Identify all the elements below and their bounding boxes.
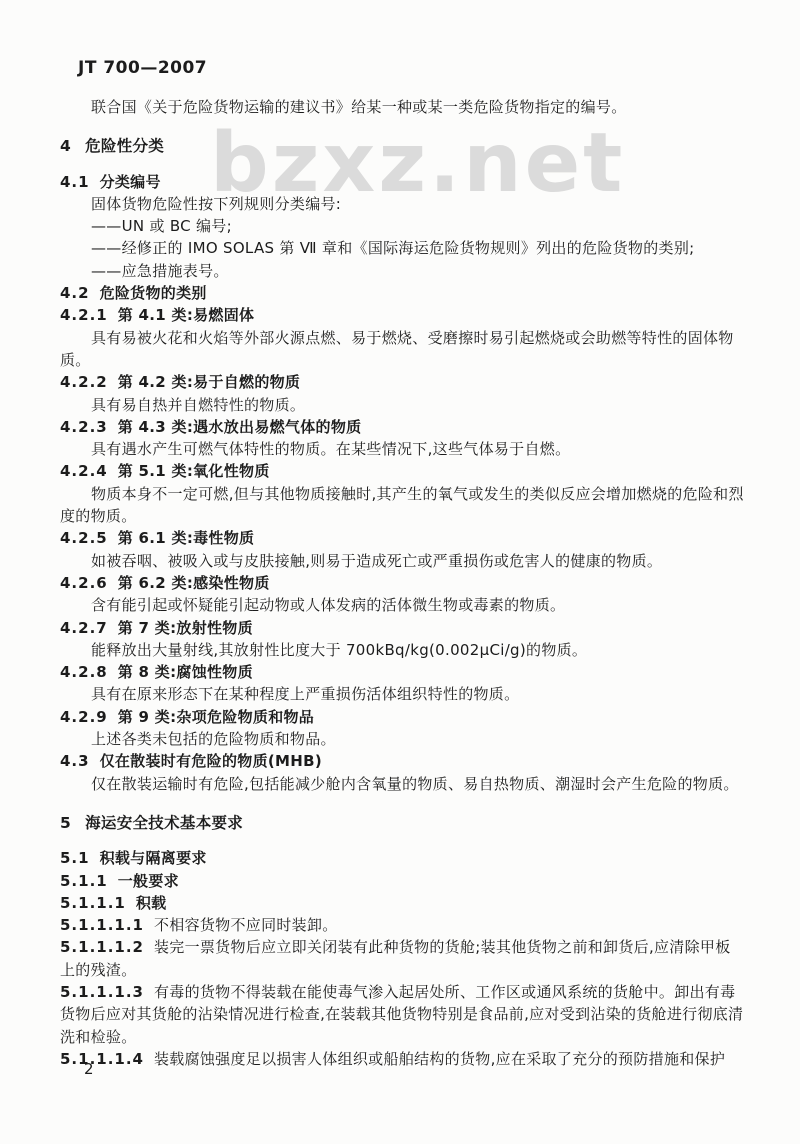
- clause-heading: 5.1.1一般要求: [60, 870, 744, 892]
- body-paragraph: 具有在原来形态下在某种程度上严重损伤活体组织特性的物质。: [60, 683, 744, 705]
- clause-heading: 4.1分类编号: [60, 171, 744, 193]
- line-text: 能释放出大量射线,其放射性比度大于 700kBq/kg(0.002μCi/g)的…: [91, 641, 587, 659]
- document-body: 联合国《关于危险货物运输的建议书》给某一种或某一类危险货物指定的编号。4危险性分…: [60, 96, 744, 1070]
- chapter-heading: 4危险性分类: [60, 135, 744, 157]
- body-paragraph: 含有能引起或怀疑能引起动物或人体发病的活体微生物或毒素的物质。: [60, 594, 744, 616]
- line-text: 上述各类未包括的危险物质和物品。: [91, 730, 336, 748]
- line-text: 固体货物危险性按下列规则分类编号:: [91, 195, 341, 213]
- clause-heading: 4.2.3第 4.3 类:遇水放出易燃气体的物质: [60, 416, 744, 438]
- line-text: 如被吞咽、被吸入或与皮肤接触,则易于造成死亡或严重损伤或危害人的健康的物质。: [91, 552, 662, 570]
- line-text: 积载与隔离要求: [100, 849, 207, 867]
- line-text: 具有易被火花和火焰等外部火源点燃、易于燃烧、受磨擦时易引起燃烧或会助燃等特性的固…: [60, 329, 734, 369]
- chapter-heading: 5海运安全技术基本要求: [60, 812, 744, 834]
- line-text: 具有遇水产生可燃气体特性的物质。在某些情况下,这些气体易于自燃。: [91, 440, 570, 458]
- clause-number: 5.1.1: [60, 872, 108, 890]
- line-text: 第 8 类:腐蚀性物质: [118, 663, 253, 681]
- clause-number: 4.2.2: [60, 373, 108, 391]
- clause-heading: 4.2.4第 5.1 类:氧化性物质: [60, 460, 744, 482]
- line-text: 分类编号: [100, 173, 161, 191]
- line-text: ——UN 或 BC 编号;: [91, 217, 232, 235]
- line-text: ——应急措施表号。: [91, 262, 229, 280]
- dash-list-item: ——应急措施表号。: [60, 260, 744, 282]
- dash-list-item: ——UN 或 BC 编号;: [60, 215, 744, 237]
- line-text: 仅在散装运输时有危险,包括能减少舱内含氧量的物质、易自热物质、潮湿时会产生危险的…: [91, 775, 739, 793]
- clause-paragraph: 5.1.1.1.4装载腐蚀强度足以损害人体组织或船舶结构的货物,应在采取了充分的…: [60, 1048, 744, 1070]
- clause-heading: 4.2.2第 4.2 类:易于自燃的物质: [60, 371, 744, 393]
- clause-heading: 4.2.7第 7 类:放射性物质: [60, 617, 744, 639]
- line-text: 第 6.1 类:毒性物质: [118, 529, 255, 547]
- clause-heading: 4.2.5第 6.1 类:毒性物质: [60, 527, 744, 549]
- line-text: 第 7 类:放射性物质: [118, 619, 253, 637]
- body-paragraph: 固体货物危险性按下列规则分类编号:: [60, 193, 744, 215]
- clause-paragraph: 5.1.1.1.3有毒的货物不得装载在能使毒气渗入起居处所、工作区或通风系统的货…: [60, 981, 744, 1048]
- line-text: 第 5.1 类:氧化性物质: [118, 462, 270, 480]
- clause-number: 4.2: [60, 284, 90, 302]
- body-paragraph: 如被吞咽、被吸入或与皮肤接触,则易于造成死亡或严重损伤或危害人的健康的物质。: [60, 550, 744, 572]
- clause-number: 4.1: [60, 173, 90, 191]
- line-text: 危险货物的类别: [100, 284, 207, 302]
- document-page: JT 700—2007 bzxz.net 联合国《关于危险货物运输的建议书》给某…: [0, 0, 800, 1144]
- clause-number: 4.2.6: [60, 574, 108, 592]
- clause-number: 4.2.3: [60, 418, 108, 436]
- body-paragraph: 能释放出大量射线,其放射性比度大于 700kBq/kg(0.002μCi/g)的…: [60, 639, 744, 661]
- clause-number: 4.2.8: [60, 663, 108, 681]
- clause-heading: 4.2危险货物的类别: [60, 282, 744, 304]
- line-text: 第 6.2 类:感染性物质: [118, 574, 270, 592]
- body-paragraph: 物质本身不一定可燃,但与其他物质接触时,其产生的氧气或发生的类似反应会增加燃烧的…: [60, 483, 744, 528]
- line-text: 危险性分类: [85, 137, 164, 155]
- clause-heading: 4.2.8第 8 类:腐蚀性物质: [60, 661, 744, 683]
- line-text: 第 9 类:杂项危险物质和物品: [118, 708, 314, 726]
- line-text: 具有在原来形态下在某种程度上严重损伤活体组织特性的物质。: [91, 685, 519, 703]
- line-text: ——经修正的 IMO SOLAS 第 Ⅶ 章和《国际海运危险货物规则》列出的危险…: [91, 239, 694, 257]
- clause-number: 5.1.1.1.4: [60, 1050, 144, 1068]
- line-text: 仅在散装时有危险的物质(MHB): [100, 752, 322, 770]
- line-text: 具有易自热并自燃特性的物质。: [91, 396, 305, 414]
- clause-number: 4.2.4: [60, 462, 108, 480]
- clause-number: 4.3: [60, 752, 90, 770]
- dash-list-item: ——经修正的 IMO SOLAS 第 Ⅶ 章和《国际海运危险货物规则》列出的危险…: [60, 237, 744, 259]
- line-text: 含有能引起或怀疑能引起动物或人体发病的活体微生物或毒素的物质。: [91, 596, 565, 614]
- body-paragraph: 仅在散装运输时有危险,包括能减少舱内含氧量的物质、易自热物质、潮湿时会产生危险的…: [60, 773, 744, 795]
- clause-heading: 4.2.9第 9 类:杂项危险物质和物品: [60, 706, 744, 728]
- clause-number: 4.2.1: [60, 306, 108, 324]
- line-text: 海运安全技术基本要求: [85, 814, 243, 832]
- line-text: 第 4.1 类:易燃固体: [118, 306, 255, 324]
- clause-heading: 4.3仅在散装时有危险的物质(MHB): [60, 750, 744, 772]
- page-number: 2: [84, 1060, 94, 1078]
- body-paragraph: 联合国《关于危险货物运输的建议书》给某一种或某一类危险货物指定的编号。: [60, 96, 744, 118]
- line-text: 装载腐蚀强度足以损害人体组织或船舶结构的货物,应在采取了充分的预防措施和保护: [154, 1050, 725, 1068]
- clause-number: 5.1.1.1.2: [60, 938, 144, 956]
- clause-number: 4.2.5: [60, 529, 108, 547]
- body-paragraph: 上述各类未包括的危险物质和物品。: [60, 728, 744, 750]
- line-text: 第 4.2 类:易于自燃的物质: [118, 373, 301, 391]
- clause-number: 5.1.1.1.3: [60, 983, 144, 1001]
- line-text: 第 4.3 类:遇水放出易燃气体的物质: [118, 418, 362, 436]
- clause-number: 5.1.1.1.1: [60, 916, 144, 934]
- clause-number: 5.1.1.1: [60, 894, 126, 912]
- body-paragraph: 具有遇水产生可燃气体特性的物质。在某些情况下,这些气体易于自燃。: [60, 438, 744, 460]
- clause-heading: 4.2.1第 4.1 类:易燃固体: [60, 304, 744, 326]
- clause-paragraph: 5.1.1.1.2装完一票货物后应立即关闭装有此种货物的货舱;装其他货物之前和卸…: [60, 936, 744, 981]
- clause-number: 5.1: [60, 849, 90, 867]
- clause-number: 4: [60, 137, 71, 155]
- clause-heading: 4.2.6第 6.2 类:感染性物质: [60, 572, 744, 594]
- clause-number: 5: [60, 814, 71, 832]
- line-text: 有毒的货物不得装载在能使毒气渗入起居处所、工作区或通风系统的货舱中。卸出有毒货物…: [60, 983, 743, 1046]
- line-text: 不相容货物不应同时装卸。: [154, 916, 338, 934]
- clause-number: 4.2.9: [60, 708, 108, 726]
- standard-number-header: JT 700—2007: [78, 58, 207, 78]
- line-text: 联合国《关于危险货物运输的建议书》给某一种或某一类危险货物指定的编号。: [91, 98, 627, 116]
- line-text: 装完一票货物后应立即关闭装有此种货物的货舱;装其他货物之前和卸货后,应清除甲板上…: [60, 938, 731, 978]
- body-paragraph: 具有易被火花和火焰等外部火源点燃、易于燃烧、受磨擦时易引起燃烧或会助燃等特性的固…: [60, 327, 744, 372]
- clause-heading: 5.1.1.1积载: [60, 892, 744, 914]
- clause-number: 4.2.7: [60, 619, 108, 637]
- line-text: 积载: [136, 894, 167, 912]
- clause-paragraph: 5.1.1.1.1不相容货物不应同时装卸。: [60, 914, 744, 936]
- line-text: 物质本身不一定可燃,但与其他物质接触时,其产生的氧气或发生的类似反应会增加燃烧的…: [60, 485, 744, 525]
- body-paragraph: 具有易自热并自燃特性的物质。: [60, 394, 744, 416]
- clause-heading: 5.1积载与隔离要求: [60, 847, 744, 869]
- line-text: 一般要求: [118, 872, 179, 890]
